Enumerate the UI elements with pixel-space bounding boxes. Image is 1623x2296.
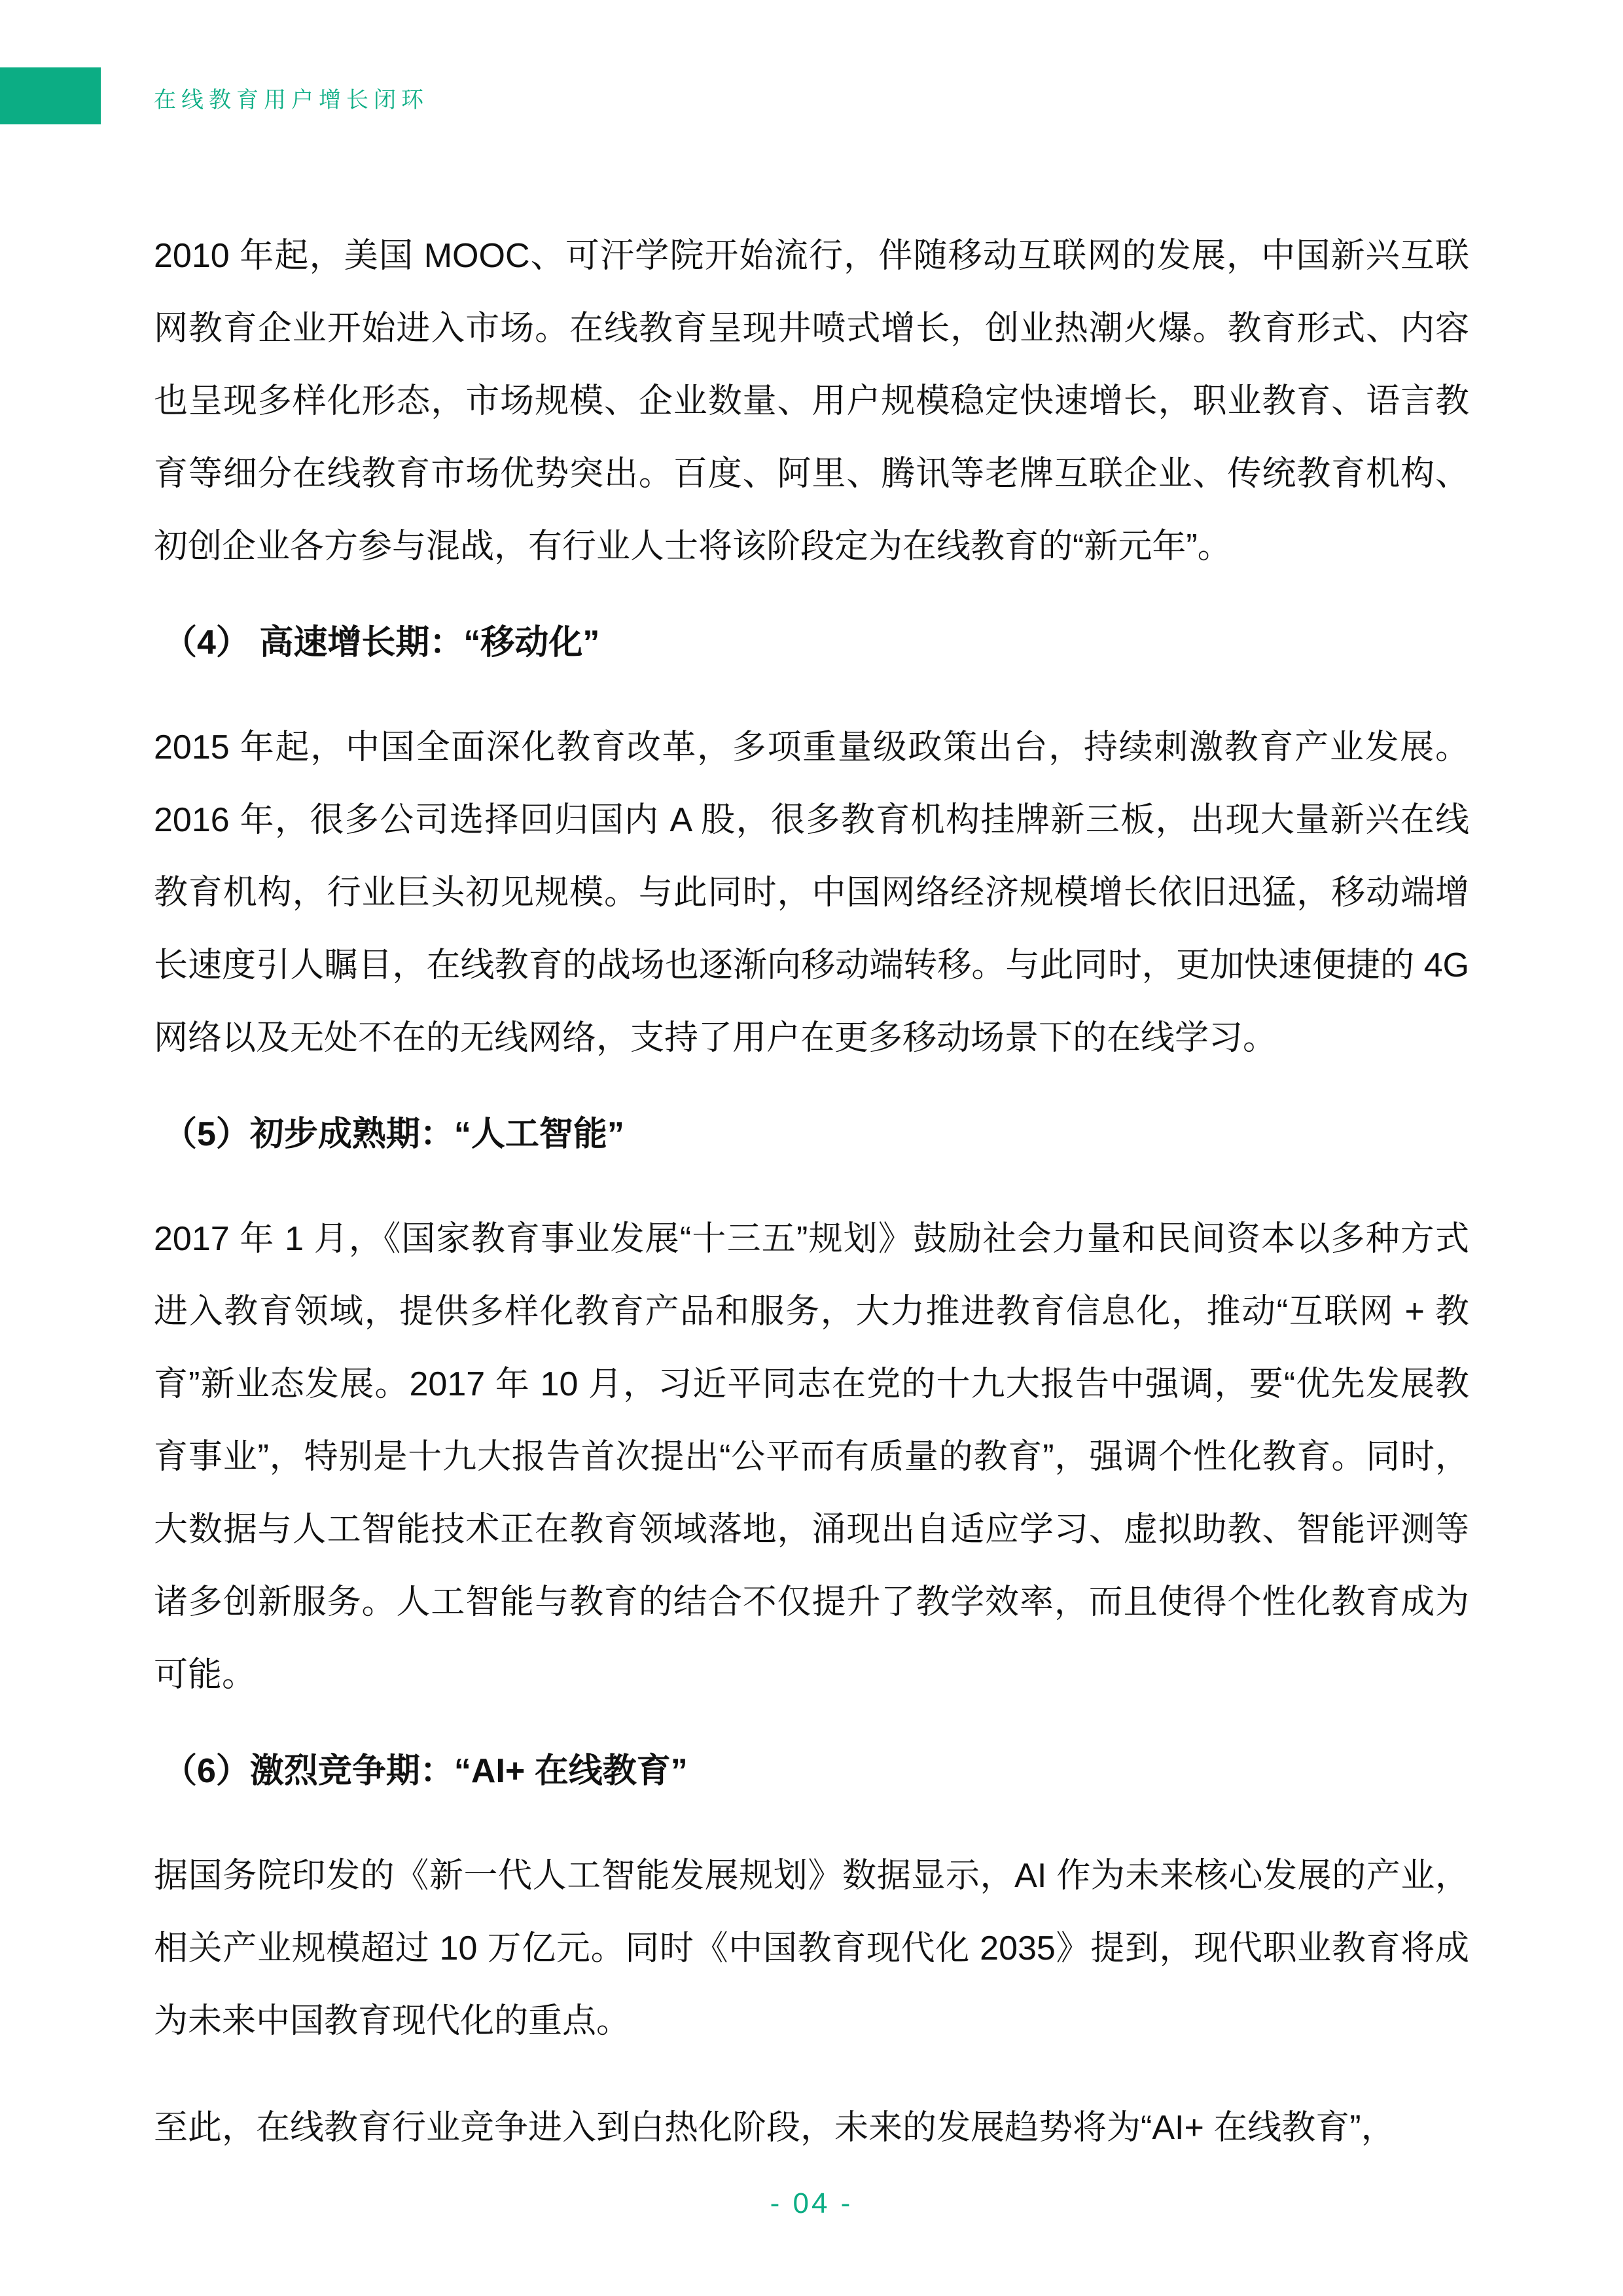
document-page: 在线教育用户增长闭环 2010 年起，美国 MOOC、可汗学院开始流行，伴随移动… [0,0,1623,2296]
page-number: - 04 - [0,2187,1623,2220]
document-body: 2010 年起，美国 MOOC、可汗学院开始流行，伴随移动互联网的发展，中国新兴… [154,0,1469,2164]
body-paragraph: 据国务院印发的《新一代人工智能发展规划》数据显示，AI 作为未来核心发展的产业，… [154,1840,1469,2058]
body-paragraph: 至此，在线教育行业竞争进入到白热化阶段，未来的发展趋势将为“AI+ 在线教育”， [154,2092,1469,2164]
header-accent-block [0,67,101,124]
section-heading-5: （5）初步成熟期：“人工智能” [154,1117,1469,1152]
body-paragraph: 2017 年 1 月，《国家教育事业发展“十三五”规划》鼓励社会力量和民间资本以… [154,1203,1469,1712]
body-paragraph: 2010 年起，美国 MOOC、可汗学院开始流行，伴随移动互联网的发展，中国新兴… [154,220,1469,583]
body-paragraph: 2015 年起，中国全面深化教育改革，多项重量级政策出台，持续刺激教育产业发展。… [154,711,1469,1075]
section-heading-6: （6）激烈竞争期：“AI+ 在线教育” [154,1753,1469,1789]
section-heading-4: （4） 高速增长期：“移动化” [154,625,1469,660]
